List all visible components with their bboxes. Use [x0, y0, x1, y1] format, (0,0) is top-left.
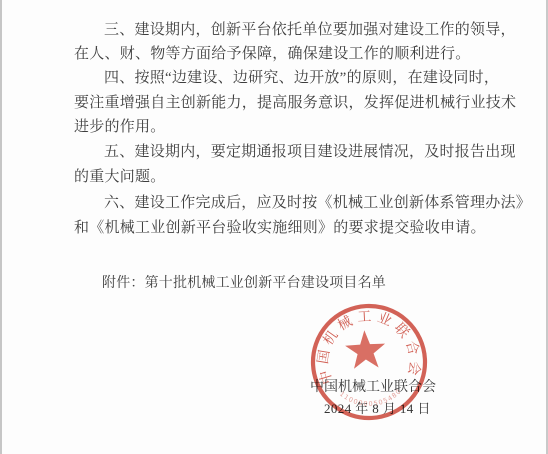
body-line-6: 五、建设期内，要定期通报项目建设进展情况，及时报告出现 — [104, 142, 516, 162]
body-line-9: 和《机械工业创新平台验收实施细则》的要求提交验收申请。 — [74, 218, 486, 238]
official-red-seal: 中国机械工业联合会 1100000505480 — [306, 299, 432, 425]
seal-star-icon — [344, 329, 386, 369]
seal-code-digits: 1100000505480 — [338, 387, 404, 410]
scanned-document-page: 三、建设期内，创新平台依托单位要加强对建设工作的领导， 在人、财、物等方面给予保… — [0, 0, 548, 454]
body-line-7: 的重大问题。 — [74, 167, 166, 187]
svg-text:1100000505480: 1100000505480 — [338, 387, 404, 410]
body-line-8: 六、建设工作完成后，应及时按《机械工业创新体系管理办法》 — [104, 193, 531, 213]
body-line-5: 进步的作用。 — [74, 117, 166, 137]
body-line-4: 要注重增强自主创新能力，提高服务意识，发挥促进机械行业技术 — [74, 93, 516, 113]
attachment-line: 附件：第十批机械工业创新平台建设项目名单 — [102, 274, 386, 294]
body-line-1: 三、建设期内，创新平台依托单位要加强对建设工作的领导， — [104, 20, 516, 40]
body-line-2: 在人、财、物等方面给予保障，确保建设工作的顺利进行。 — [74, 44, 471, 64]
body-line-3: 四、按照“边建设、边研究、边开放”的原则，在建设同时， — [104, 68, 499, 88]
